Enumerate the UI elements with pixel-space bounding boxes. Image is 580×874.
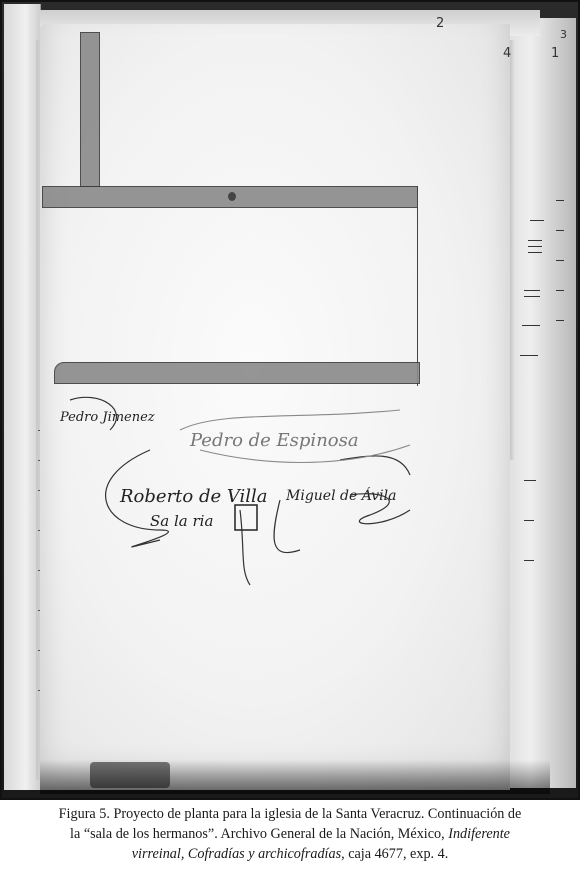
manuscript-photograph: 2 4 1 3 Pedro Jimenez Pedro de Espinosa … (0, 0, 580, 800)
plan-wall-vertical (80, 32, 100, 187)
page-number-right-a: 4 (503, 46, 511, 61)
caption-line-2-italic: Indiferente (448, 826, 510, 842)
caption-line-2-plain: la “sala de los hermanos”. Archivo Gener… (70, 826, 448, 842)
caption-line-3-italic: virreinal, Cofradías y archicofradías (132, 846, 341, 862)
caption-line-2: la “sala de los hermanos”. Archivo Gener… (0, 824, 580, 844)
page-number-right-b: 1 (551, 46, 559, 61)
right-ruling-marks (520, 200, 570, 760)
plan-wall-bottom (54, 362, 420, 384)
figure-caption: Figura 5. Proyecto de planta para la igl… (0, 804, 580, 864)
caption-line-1: Figura 5. Proyecto de planta para la igl… (0, 804, 580, 824)
caption-line-3-plain: , caja 4677, exp. 4. (341, 846, 448, 862)
signature-flourishes-icon (40, 390, 440, 590)
caption-line-3: virreinal, Cofradías y archicofradías, c… (0, 844, 580, 864)
signatures-area: Pedro Jimenez Pedro de Espinosa Roberto … (40, 390, 440, 590)
bottom-shadow (40, 760, 550, 794)
plan-wall-right-line (416, 186, 418, 386)
ink-blot (228, 192, 236, 201)
page-number-top: 2 (436, 16, 444, 31)
page-number-corner: 3 (560, 28, 567, 41)
